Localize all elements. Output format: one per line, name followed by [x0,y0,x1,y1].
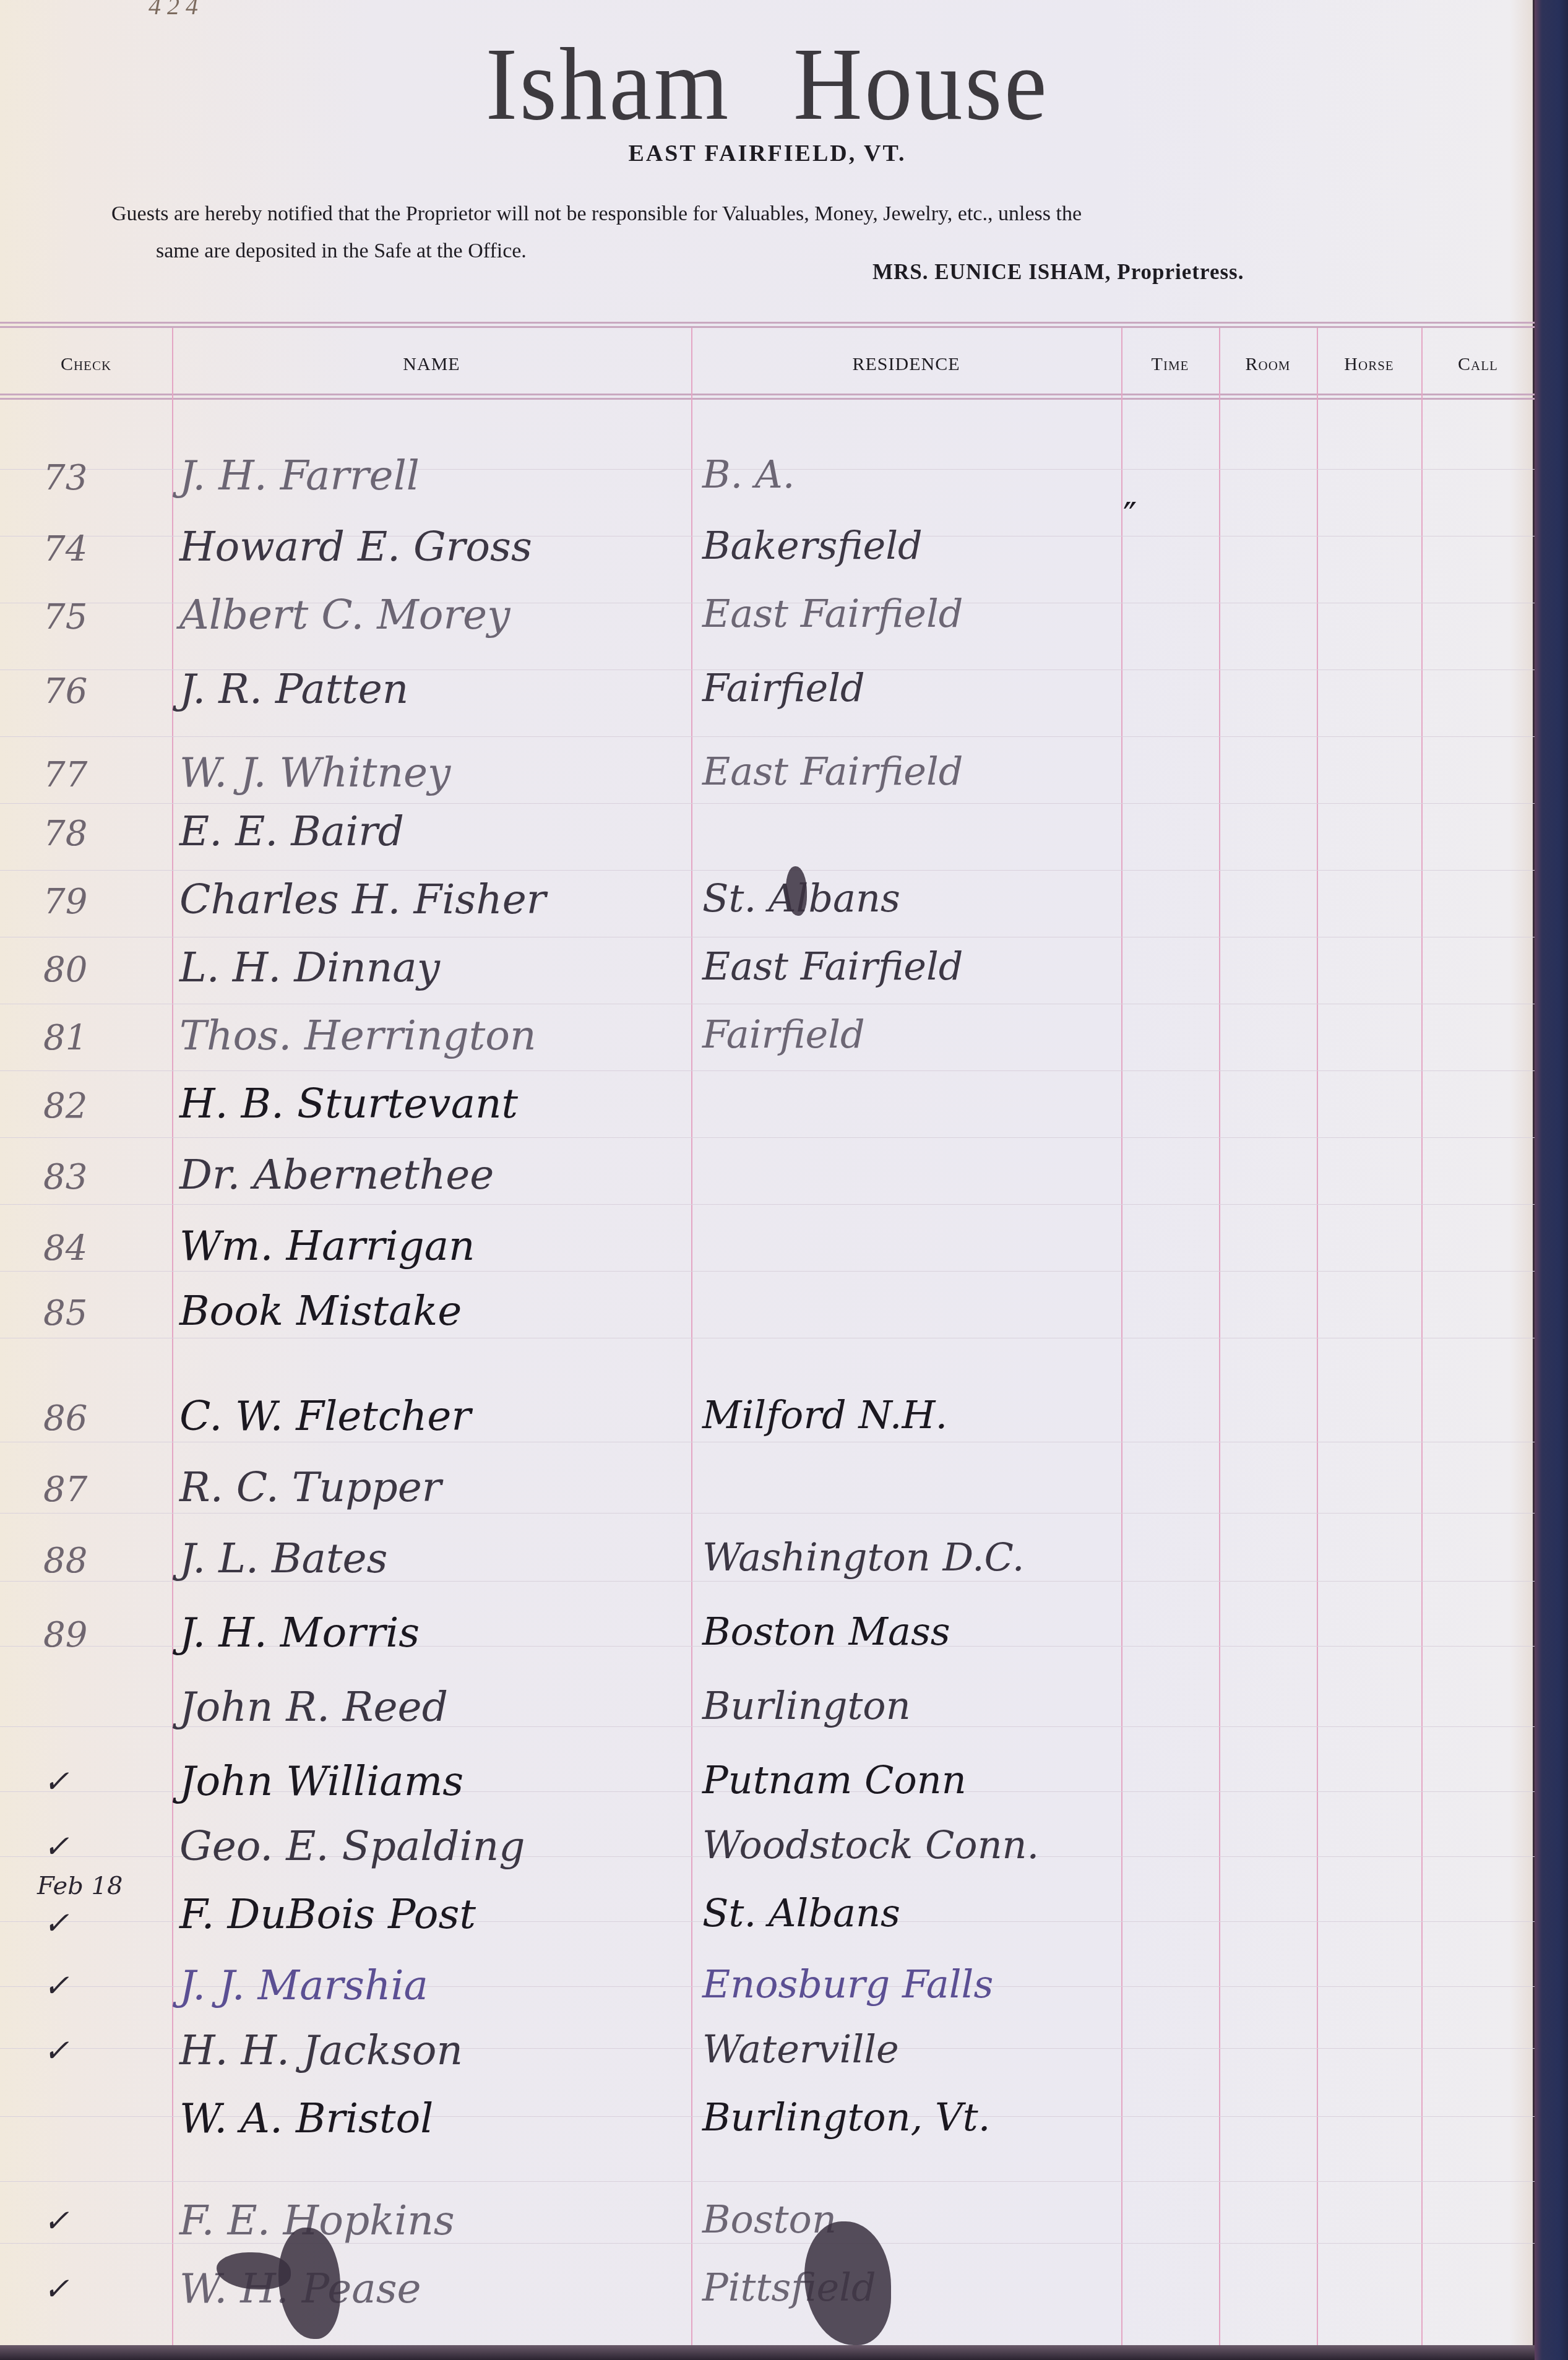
check-mark: ✓ [43,2033,161,2069]
column-header-residence: RESIDENCE [691,354,1121,375]
column-header-horse: Horse [1317,354,1421,375]
check-number: 74 [43,529,161,569]
guest-entry: ✓ Geo. E. Spalding Woodstock Conn. [0,1816,1535,1883]
guest-entry: 84 Wm. Harrigan [0,1216,1535,1283]
check-number: 88 [43,1541,161,1581]
guest-entry: ✓ John Williams Putnam Conn [0,1751,1535,1818]
guest-residence: Boston [702,2197,1123,2242]
check-number: 78 [43,814,161,854]
guest-entry: 78 E. E. Baird [0,801,1535,868]
guest-entry: 87 R. C. Tupper [0,1457,1535,1524]
guest-residence: St. Albans [702,876,1123,921]
guest-entry: 80 L. H. Dinnay East Fairfield [0,937,1535,1004]
guest-name: Thos. Herrington [179,1012,674,1059]
column-header-time: Time [1121,354,1219,375]
guest-name: J. L. Bates [179,1535,674,1582]
guest-residence: Pittsfield [702,2265,1123,2310]
guest-residence: East Fairfield [702,591,1123,636]
guest-name: Book Mistake [179,1287,674,1335]
guest-residence: East Fairfield [702,749,1123,794]
check-number: 87 [43,1470,161,1510]
guest-residence: Milford N.H. [702,1392,1123,1437]
check-number: 81 [43,1018,161,1058]
guest-entry: 89 J. H. Morris Boston Mass [0,1603,1535,1669]
page-bottom-edge [0,2345,1535,2360]
column-header-check: Check [0,354,172,375]
notice-line-1: Guests are hereby notified that the Prop… [111,202,1082,225]
guest-residence: Fairfield [702,665,1123,710]
ruled-line [0,736,1535,737]
proprietress-line: MRS. EUNICE ISHAM, Proprietress. [872,260,1244,285]
guest-residence: Washington D.C. [702,1535,1123,1580]
check-number: 83 [43,1157,161,1197]
guest-residence: Waterville [702,2026,1123,2072]
column-header-name: NAME [172,354,691,375]
guest-entry: 79 Charles H. Fisher St. Albans [0,869,1535,936]
ditto-mark: ″ [1123,495,1137,538]
guest-entry: 81 Thos. Herrington Fairfield [0,1006,1535,1072]
guest-entry: 83 Dr. Abernethee [0,1145,1535,1212]
guest-name: J. H. Farrell [179,452,674,499]
liability-notice: Guests are hereby notified that the Prop… [111,196,1429,270]
guest-residence: Putnam Conn [702,1757,1123,1802]
guest-entry: Feb 18 ✓ F. DuBois Post St. Albans [0,1884,1535,1951]
header-top-rule [0,322,1535,328]
guest-residence: Boston Mass [702,1609,1123,1654]
guest-name: J. R. Patten [179,665,674,713]
guest-entry: W. A. Bristol Burlington, Vt. [0,2088,1535,2155]
page-number: 424 [149,0,204,20]
guest-name: E. E. Baird [179,807,674,855]
book-binding [1535,0,1568,2360]
guest-name: J. H. Morris [179,1609,674,1656]
guest-name: H. H. Jackson [179,2026,674,2074]
guest-residence: Fairfield [702,1012,1123,1057]
guest-name: Wm. Harrigan [179,1222,674,1270]
check-number: 79 [43,882,161,922]
guest-residence: Woodstock Conn. [702,1822,1123,1867]
guest-residence: Burlington, Vt. [702,2095,1123,2140]
guest-entry: 73 J. H. Farrell B. A. [0,446,1535,512]
check-mark: ✓ [43,1968,161,2004]
guest-name: H. B. Sturtevant [179,1080,674,1127]
check-number: 86 [43,1398,161,1439]
guest-entry: 75 Albert C. Morey East Fairfield [0,585,1535,652]
guest-entry: ✓ J. J. Marshia Enosburg Falls [0,1955,1535,2022]
check-mark: ✓ [43,1905,161,1941]
check-number: 77 [43,755,161,795]
header-bottom-rule [0,394,1535,400]
column-header-room: Room [1219,354,1317,375]
guest-residence: St. Albans [702,1890,1123,1936]
guest-residence: East Fairfield [702,944,1123,989]
entry-date: Feb 18 [37,1872,123,1900]
title-word-isham: Isham [486,27,731,142]
check-number: 75 [43,597,161,637]
guest-entry: 85 Book Mistake [0,1281,1535,1348]
check-number: 89 [43,1615,161,1655]
hotel-title: IshamHouse [61,25,1473,144]
check-mark: ✓ [43,1764,161,1799]
guest-entry: 88 J. L. Bates Washington D.C. [0,1528,1535,1595]
guest-residence: Bakersfield [702,523,1123,568]
guest-name: Howard E. Gross [179,523,674,571]
guest-name: L. H. Dinnay [179,944,674,991]
guest-name: F. E. Hopkins [179,2197,674,2244]
guest-name: R. C. Tupper [179,1463,674,1511]
guest-residence: B. A. [702,452,1123,497]
guest-name: Dr. Abernethee [179,1151,674,1199]
guest-name: W. J. Whitney [179,749,674,796]
check-number: 85 [43,1293,161,1333]
check-number: 73 [43,458,161,498]
guest-name: C. W. Fletcher [179,1392,674,1440]
guest-name: Charles H. Fisher [179,876,674,923]
guest-name: John Williams [179,1757,674,1805]
guest-name: Geo. E. Spalding [179,1822,674,1870]
guest-entry: 86 C. W. Fletcher Milford N.H. [0,1386,1535,1453]
guest-entry: John R. Reed Burlington [0,1677,1535,1744]
check-number: 82 [43,1086,161,1126]
guest-entry: 76 J. R. Patten Fairfield [0,659,1535,726]
guest-entry: ✓ H. H. Jackson Waterville [0,2020,1535,2087]
guest-name: John R. Reed [179,1683,674,1731]
check-mark: ✓ [43,2203,161,2239]
guest-entry: 77 W. J. Whitney East Fairfield [0,743,1535,809]
check-number: 84 [43,1228,161,1268]
ruled-line [0,2181,1535,2182]
register-page: 424 IshamHouse EAST FAIRFIELD, VT. Guest… [0,0,1535,2360]
check-number: 80 [43,950,161,990]
guest-name: W. A. Bristol [179,2095,674,2142]
column-header-call: Call [1421,354,1535,375]
guest-name: F. DuBois Post [179,1890,674,1938]
check-mark: ✓ [43,1828,161,1864]
hotel-location: EAST FAIRFIELD, VT. [0,140,1535,167]
title-word-house: House [793,27,1049,142]
guest-residence: Burlington [702,1683,1123,1728]
guest-entry: ✓ F. E. Hopkins Boston [0,2190,1535,2257]
guest-entry: 82 H. B. Sturtevant [0,1074,1535,1140]
guest-name: Albert C. Morey [179,591,674,639]
guest-residence: Enosburg Falls [702,1962,1123,2007]
guest-name: J. J. Marshia [179,1962,674,2009]
check-mark: ✓ [43,2271,161,2307]
check-number: 76 [43,671,161,712]
guest-entry: 74 Howard E. Gross Bakersfield [0,517,1535,584]
